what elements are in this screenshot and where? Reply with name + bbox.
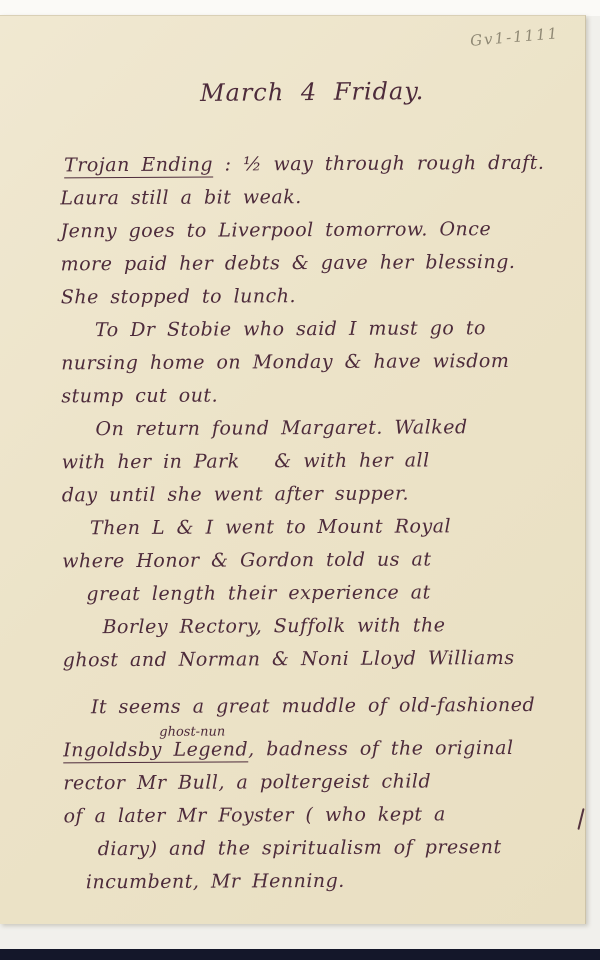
manuscript-line: It seems a great muddle of old-fashioned	[63, 689, 579, 725]
interlinear-insertion: ghost-nun	[159, 725, 225, 738]
manuscript-line: where Honor & Gordon told us at	[62, 543, 578, 579]
manuscript-line: ghost and Norman & Noni Lloyd Williams	[63, 642, 579, 678]
manuscript-line: incumbent, Mr Henning.	[64, 864, 580, 900]
text-segment: more paid her debts & gave her blessing.	[61, 251, 516, 275]
text-segment: Borley Rectory, Suffolk with the	[102, 614, 445, 638]
manuscript-page: Gv1-1111 March 4 Friday. Trojan Ending :…	[0, 15, 586, 924]
text-segment: incumbent, Mr Henning.	[86, 870, 345, 893]
text-segment: : ½ way through rough draft.	[213, 152, 544, 176]
manuscript-line: Ingoldsby Legendghost-nun, badness of th…	[63, 732, 579, 768]
text-segment: great length their experience at	[86, 581, 430, 605]
scan-backing-strip	[0, 949, 600, 960]
manuscript-line: Laura still a bit weak.	[60, 180, 576, 216]
scan-background-top	[0, 0, 600, 16]
manuscript-line: To Dr Stobie who said I must go to	[61, 312, 577, 348]
manuscript-line: rector Mr Bull, a poltergeist child	[63, 765, 579, 801]
text-segment: rector Mr Bull, a poltergeist child	[63, 770, 431, 794]
manuscript-lines: Trojan Ending : ½ way through rough draf…	[60, 147, 580, 900]
text-segment: She stopped to lunch.	[61, 285, 296, 308]
text-segment: diary) and the spiritualism of present	[98, 836, 502, 860]
archival-reference-note: Gv1-1111	[469, 24, 559, 50]
text-segment: To Dr Stobie who said I must go to	[95, 317, 486, 341]
manuscript-line: On return found Margaret. Walked	[61, 411, 577, 447]
manuscript-line: nursing home on Monday & have wisdom	[61, 345, 577, 381]
text-segment: with her in Park & with her all	[62, 449, 430, 473]
manuscript-line: day until she went after supper.	[62, 477, 578, 513]
manuscript-line: Then L & I went to Mount Royal	[62, 510, 578, 546]
underlined-phrase: Trojan Ending	[64, 154, 213, 179]
manuscript-line: stump cut out.	[61, 378, 577, 414]
text-segment: ghost and Norman & Noni Lloyd Williams	[63, 647, 515, 671]
manuscript-line: She stopped to lunch.	[61, 279, 577, 315]
text-segment: where Honor & Gordon told us at	[62, 548, 431, 572]
text-segment: On return found Margaret. Walked	[95, 416, 467, 440]
manuscript-line: great length their experience at	[62, 576, 578, 612]
text-segment: stump cut out.	[61, 385, 218, 408]
manuscript-line: Jenny goes to Liverpool tomorrow. Once	[60, 213, 576, 249]
text-segment: Then L & I went to Mount Royal	[90, 515, 451, 539]
text-segment: nursing home on Monday & have wisdom	[61, 350, 509, 374]
manuscript-line: with her in Park & with her all	[62, 444, 578, 480]
manuscript-line: more paid her debts & gave her blessing.	[61, 246, 577, 282]
manuscript-line: Borley Rectory, Suffolk with the	[62, 609, 578, 645]
text-segment: day until she went after supper.	[62, 483, 409, 507]
underlined-phrase: Ingoldsby Legendghost-nun	[63, 738, 248, 763]
diary-date-heading: March 4 Friday.	[200, 77, 425, 107]
text-segment: It seems a great muddle of old-fashioned	[91, 694, 535, 718]
text-segment: of a later Mr Foyster ( who kept a	[63, 803, 445, 827]
manuscript-line: of a later Mr Foyster ( who kept a	[63, 798, 579, 834]
text-segment: Jenny goes to Liverpool tomorrow. Once	[60, 218, 491, 242]
text-segment: Laura still a bit weak.	[60, 186, 302, 209]
manuscript-line: diary) and the spiritualism of present	[64, 831, 580, 867]
text-segment: , badness of the original	[248, 737, 514, 760]
manuscript-line: Trojan Ending : ½ way through rough draf…	[60, 147, 576, 183]
